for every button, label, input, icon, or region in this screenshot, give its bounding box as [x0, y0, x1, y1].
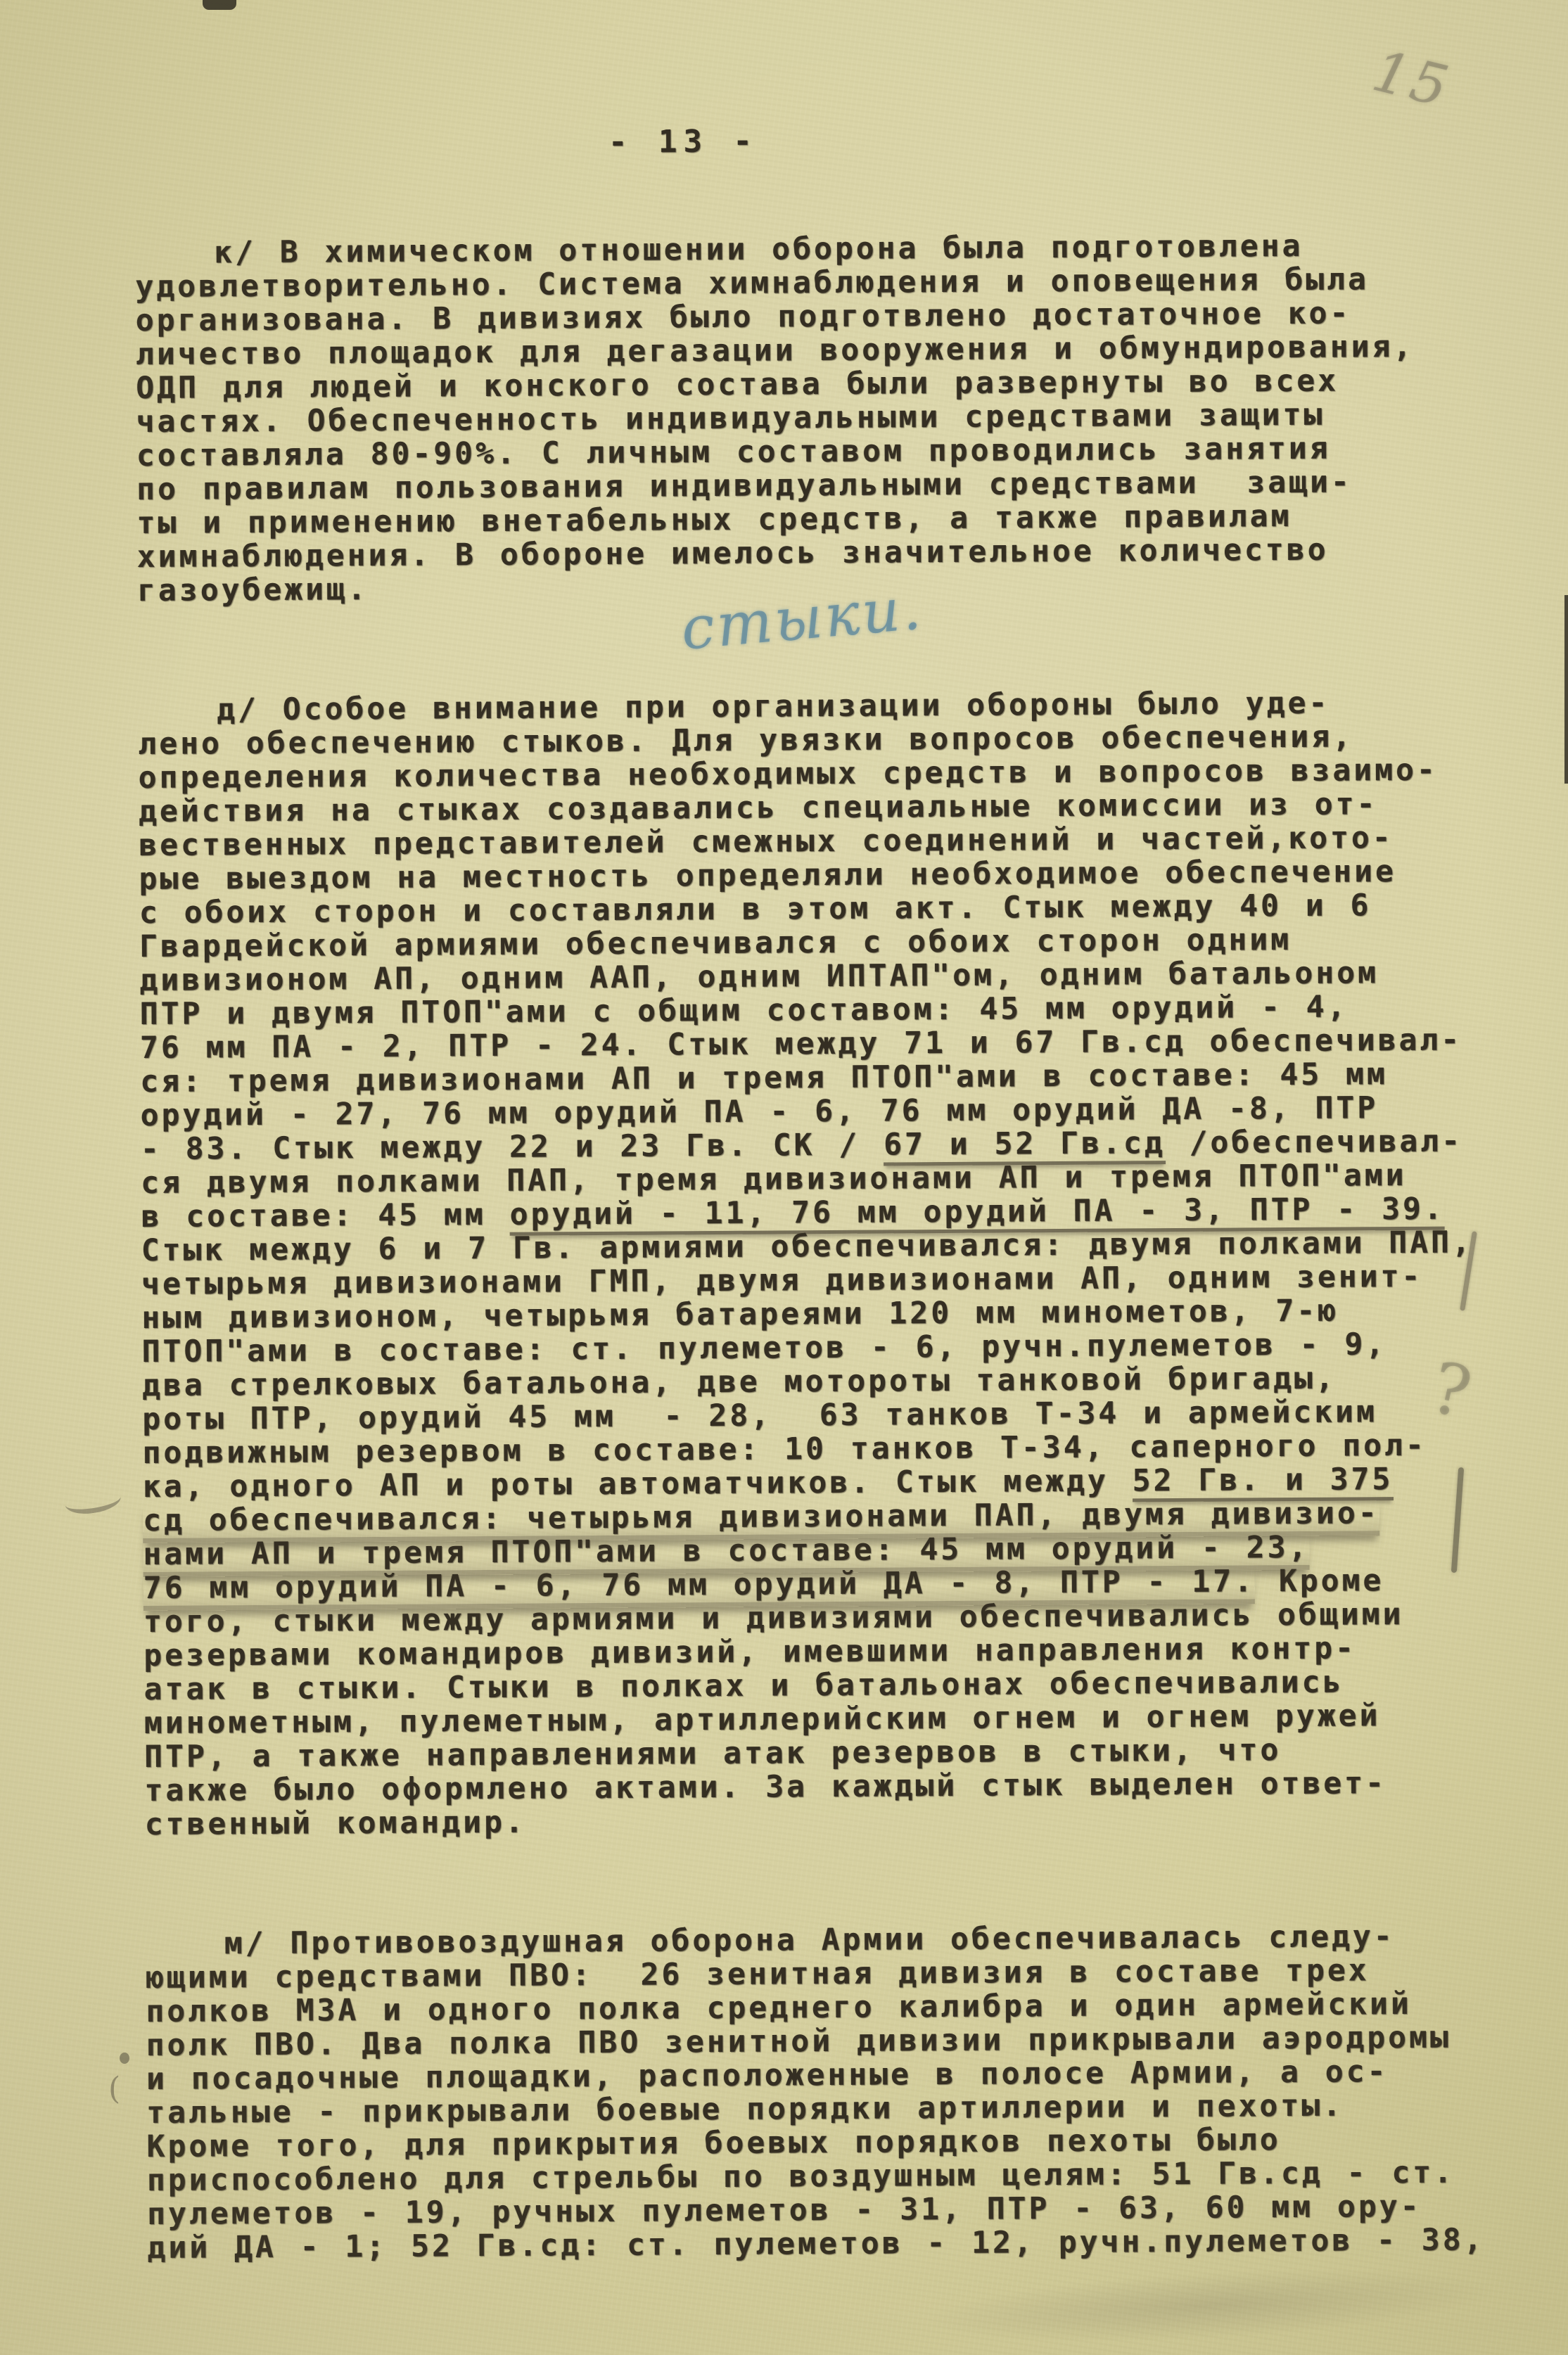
- paragraph-m: м/ Противовоздушная оборона Армии обеспе…: [146, 1919, 1526, 2265]
- pencil-paren-mark: (: [108, 2071, 120, 2107]
- text-segment: в составе: 45 мм: [141, 1197, 509, 1234]
- scan-shadow-smudge: [920, 2257, 1500, 2354]
- typewritten-text: к/ В химическом отношении оборона была п…: [135, 228, 1526, 2265]
- text-line: сд обеспечивался: четырьмя дивизионами П…: [143, 1495, 1522, 1538]
- handwritten-page-number: 15: [1366, 38, 1457, 120]
- text-line: газоубежищ.: [137, 566, 1516, 608]
- pencil-dot-mark: [120, 2053, 129, 2064]
- scan-edge-smudge: [203, 0, 236, 10]
- scan-edge-line: [1564, 595, 1568, 784]
- text-segment: ственный командир.: [145, 1805, 526, 1842]
- text-line: ственный командир.: [145, 1799, 1524, 1842]
- paragraph-k: к/ В химическом отношении оборона была п…: [135, 228, 1516, 608]
- text-line: дий ДА - 1; 52 Гв.сд: ст. пулеметов - 12…: [147, 2223, 1526, 2265]
- text-segment: дий ДА - 1; 52 Гв.сд: ст. пулеметов - 12…: [147, 2222, 1484, 2266]
- text-segment: /обеспечивал-: [1165, 1123, 1462, 1161]
- paragraph-d: д/ Особое внимание при организации оборо…: [138, 685, 1524, 1842]
- page-number: - 13 -: [608, 123, 758, 160]
- text-segment: газоубежищ.: [137, 572, 369, 608]
- scanned-document-page: 15 - 13 - стыки. к/ В химическом отношен…: [0, 0, 1568, 2355]
- pencil-squiggle-mark: [63, 1484, 122, 1517]
- text-segment: химнаблюдения. В обороне имелось значите…: [137, 532, 1329, 575]
- text-segment: Кроме: [1255, 1563, 1384, 1599]
